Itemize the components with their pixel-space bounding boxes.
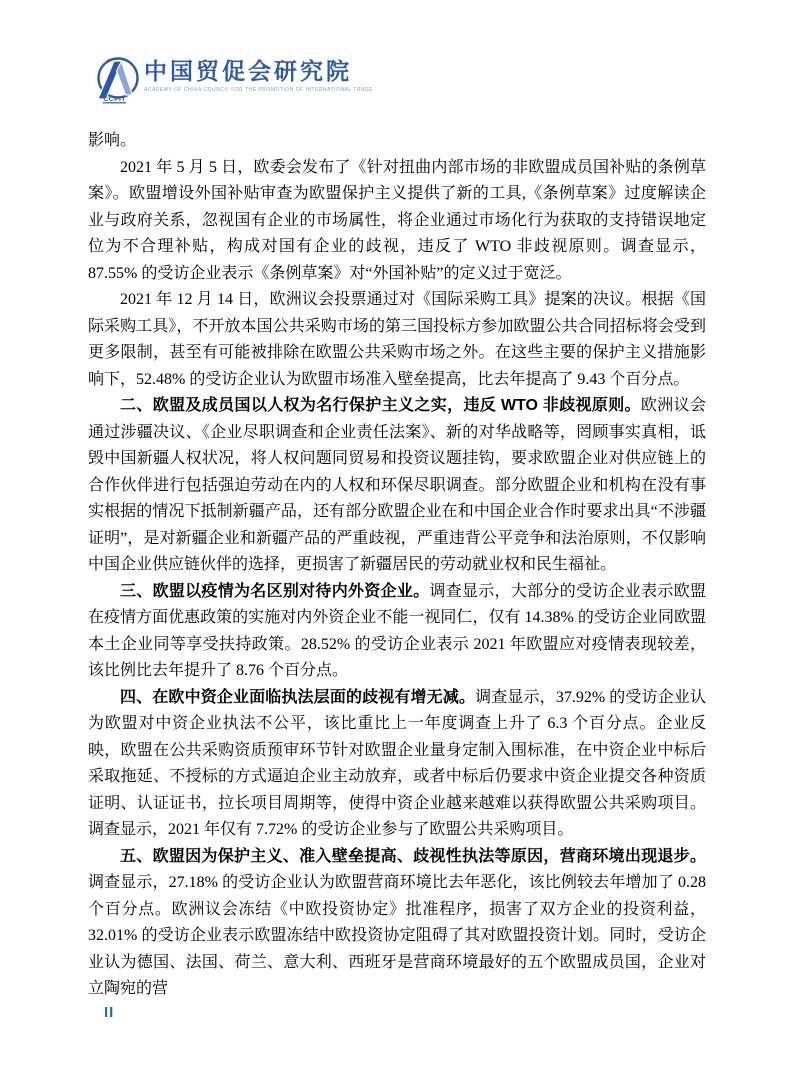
org-subtitle-en: ACADEMY OF CHINA COUNCIL FOR THE PROMOTI…: [144, 87, 373, 93]
section-heading: 五、欧盟因为保护主义、准入壁垒提高、歧视性执法等原因，营商环境出现退步。: [120, 848, 706, 865]
paragraph-section-5: 五、欧盟因为保护主义、准入壁垒提高、歧视性执法等原因，营商环境出现退步。调查显示…: [88, 844, 706, 1003]
section-heading: 二、欧盟及成员国以人权为名行保护主义之实，违反 WTO 非歧视原则。: [120, 397, 641, 414]
paragraph-continuation: 影响。: [88, 128, 706, 155]
paragraph-text: 调查显示，37.92% 的受访企业认为欧盟对中资企业执法不公平，该比重比上一年度…: [88, 689, 706, 839]
paragraph: 2021 年 5 月 5 日，欧委会发布了《针对扭曲内部市场的非欧盟成员国补贴的…: [88, 155, 706, 288]
paragraph-text: 欧洲议会通过涉疆决议、《企业尽职调查和企业责任法案》、新的对华战略等，罔顾事实真…: [88, 397, 706, 573]
section-heading: 四、在欧中资企业面临执法层面的歧视有增无减。: [120, 689, 475, 706]
ccpit-logo-icon: CCPIT: [95, 55, 139, 107]
page-number: II: [104, 1004, 114, 1021]
paragraph-section-2: 二、欧盟及成员国以人权为名行保护主义之实，违反 WTO 非歧视原则。欧洲议会通过…: [88, 393, 706, 579]
document-page: CCPIT 中国贸促会研究院 ACADEMY OF CHINA COUNCIL …: [0, 0, 793, 1077]
org-logo: CCPIT 中国贸促会研究院 ACADEMY OF CHINA COUNCIL …: [95, 55, 373, 107]
paragraph-section-3: 三、欧盟以疫情为名区别对待内外资企业。调查显示，大部分的受访企业表示欧盟在疫情方…: [88, 579, 706, 685]
section-heading: 三、欧盟以疫情为名区别对待内外资企业。: [120, 583, 429, 600]
logo-text: 中国贸促会研究院 ACADEMY OF CHINA COUNCIL FOR TH…: [144, 55, 373, 93]
report-body: 影响。 2021 年 5 月 5 日，欧委会发布了《针对扭曲内部市场的非欧盟成员…: [88, 128, 706, 1003]
paragraph-text: 影响。: [88, 132, 136, 149]
paragraph-section-4: 四、在欧中资企业面临执法层面的歧视有增无减。调查显示，37.92% 的受访企业认…: [88, 685, 706, 844]
paragraph-text: 调查显示，27.18% 的受访企业认为欧盟营商环境比去年恶化，该比例较去年增加了…: [88, 874, 706, 997]
svg-text:CCPIT: CCPIT: [104, 96, 127, 103]
paragraph-text: 2021 年 12 月 14 日，欧洲议会投票通过对《国际采购工具》提案的决议。…: [88, 291, 706, 388]
paragraph-text: 2021 年 5 月 5 日，欧委会发布了《针对扭曲内部市场的非欧盟成员国补贴的…: [88, 159, 706, 282]
paragraph: 2021 年 12 月 14 日，欧洲议会投票通过对《国际采购工具》提案的决议。…: [88, 287, 706, 393]
org-title-cn: 中国贸促会研究院: [144, 60, 373, 84]
